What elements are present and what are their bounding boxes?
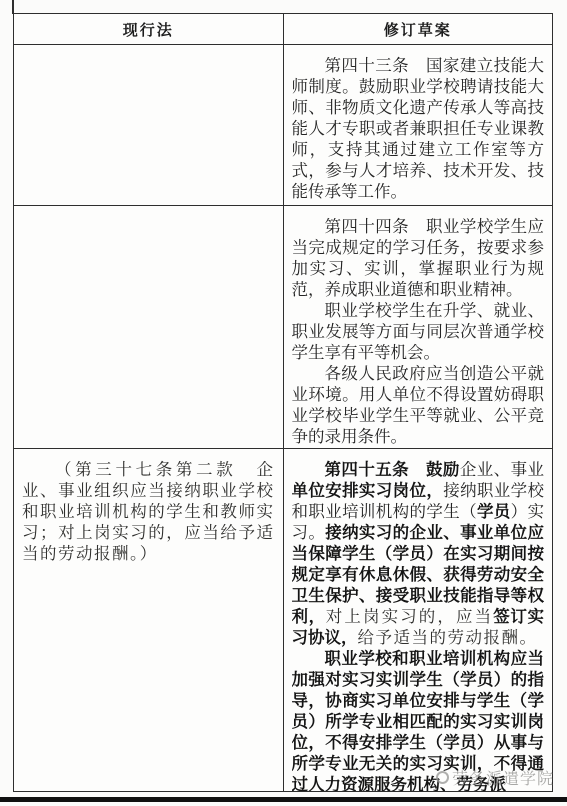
paragraph: 各级人民政府应当创造公平就业环境。用人单位不得设置妨碍职业学校毕业学生平等就业、… — [292, 363, 545, 447]
paragraph: 职业学校学生在升学、就业、职业发展等方面与同层次普通学校学生享有平等机会。 — [292, 300, 545, 363]
table-cell-right-row3: 第四十五条 鼓励企业、事业单位安排实习岗位，接纳职业学校和职业培训机构的学生（学… — [283, 449, 553, 792]
text-run-kai: （第三十七条第二款 企业、事业组织应当接纳职业学校和职业培训机构的学生和教师实习… — [22, 460, 275, 563]
cell-content: 第四十三条 国家建立技能大师制度。鼓励职业学校聘请技能大师、非物质文化遗产传承人… — [292, 55, 545, 205]
cell-content — [22, 55, 275, 205]
table-header-row: 现行法 修订草案 — [14, 14, 553, 45]
text-run-bold: 单位安排实习岗位， — [292, 481, 444, 500]
text-run-song: 职业学校学生在升学、就业、职业发展等方面与同层次普通学校学生享有平等机会。 — [292, 301, 545, 362]
comparison-table: 现行法 修订草案 第四十三条 国家建立技能大师制度。鼓励职业学校聘请技能大师、非… — [13, 13, 553, 792]
text-run-bold: 第四十五条 鼓励 — [325, 460, 460, 479]
column-header-revision-draft: 修订草案 — [283, 14, 553, 45]
text-run-song: 第四十三条 国家建立技能大师制度。鼓励职业学校聘请技能大师、非物质文化遗产传承人… — [292, 56, 545, 201]
column-header-current-law: 现行法 — [14, 14, 284, 45]
paragraph: （第三十七条第二款 企业、事业组织应当接纳职业学校和职业培训机构的学生和教师实习… — [22, 459, 275, 564]
document-page: 现行法 修订草案 第四十三条 国家建立技能大师制度。鼓励职业学校聘请技能大师、非… — [0, 0, 567, 806]
paragraph: 职业学校和职业培训机构应当加强对实习实训学生（学员）的指导，协商实习单位安排与学… — [292, 648, 545, 791]
table-row: 第四十三条 国家建立技能大师制度。鼓励职业学校聘请技能大师、非物质文化遗产传承人… — [14, 45, 553, 206]
paragraph: 第四十三条 国家建立技能大师制度。鼓励职业学校聘请技能大师、非物质文化遗产传承人… — [292, 55, 545, 202]
table-cell-left-row3: （第三十七条第二款 企业、事业组织应当接纳职业学校和职业培训机构的学生和教师实习… — [14, 449, 284, 792]
table-body: 第四十三条 国家建立技能大师制度。鼓励职业学校聘请技能大师、非物质文化遗产传承人… — [14, 45, 553, 792]
paragraph: 第四十五条 鼓励企业、事业单位安排实习岗位，接纳职业学校和职业培训机构的学生（学… — [292, 459, 545, 648]
text-run-song: 第四十四条 职业学校学生应当完成规定的学习任务，按要求参加实习、实训，掌握职业行… — [292, 217, 545, 299]
text-run-kai: 对上岗实习的，应当 — [326, 607, 494, 626]
table-cell-left-row2 — [14, 206, 284, 449]
cell-content: 第四十四条 职业学校学生应当完成规定的学习任务，按要求参加实习、实训，掌握职业行… — [292, 216, 545, 448]
table-cell-left-row1 — [14, 45, 284, 206]
text-run-song: 企业、事业 — [460, 460, 544, 479]
table-cell-right-row2: 第四十四条 职业学校学生应当完成规定的学习任务，按要求参加实习、实训，掌握职业行… — [283, 206, 553, 449]
paragraph: 第四十四条 职业学校学生应当完成规定的学习任务，按要求参加实习、实训，掌握职业行… — [292, 216, 545, 300]
cell-content — [22, 216, 275, 448]
table-row: 第四十四条 职业学校学生应当完成规定的学习任务，按要求参加实习、实训，掌握职业行… — [14, 206, 553, 449]
page-bottom-divider — [0, 797, 567, 802]
table-cell-right-row1: 第四十三条 国家建立技能大师制度。鼓励职业学校聘请技能大师、非物质文化遗产传承人… — [283, 45, 553, 206]
table-top-edge-fragment — [12, 0, 14, 14]
text-run-bold: 职业学校和职业培训机构应当加强对实习实训学生（学员）的指导，协商实习单位安排与学… — [292, 649, 545, 791]
text-run-kai: 给予适当的劳动报酬。 — [358, 628, 538, 647]
table-row: （第三十七条第二款 企业、事业组织应当接纳职业学校和职业培训机构的学生和教师实习… — [14, 449, 553, 792]
cell-content: （第三十七条第二款 企业、事业组织应当接纳职业学校和职业培训机构的学生和教师实习… — [22, 459, 275, 791]
text-run-bold: 学员 — [477, 502, 511, 521]
cell-content: 第四十五条 鼓励企业、事业单位安排实习岗位，接纳职业学校和职业培训机构的学生（学… — [292, 459, 545, 791]
text-run-song: 各级人民政府应当创造公平就业环境。用人单位不得设置妨碍职业学校毕业学生平等就业、… — [292, 364, 545, 446]
